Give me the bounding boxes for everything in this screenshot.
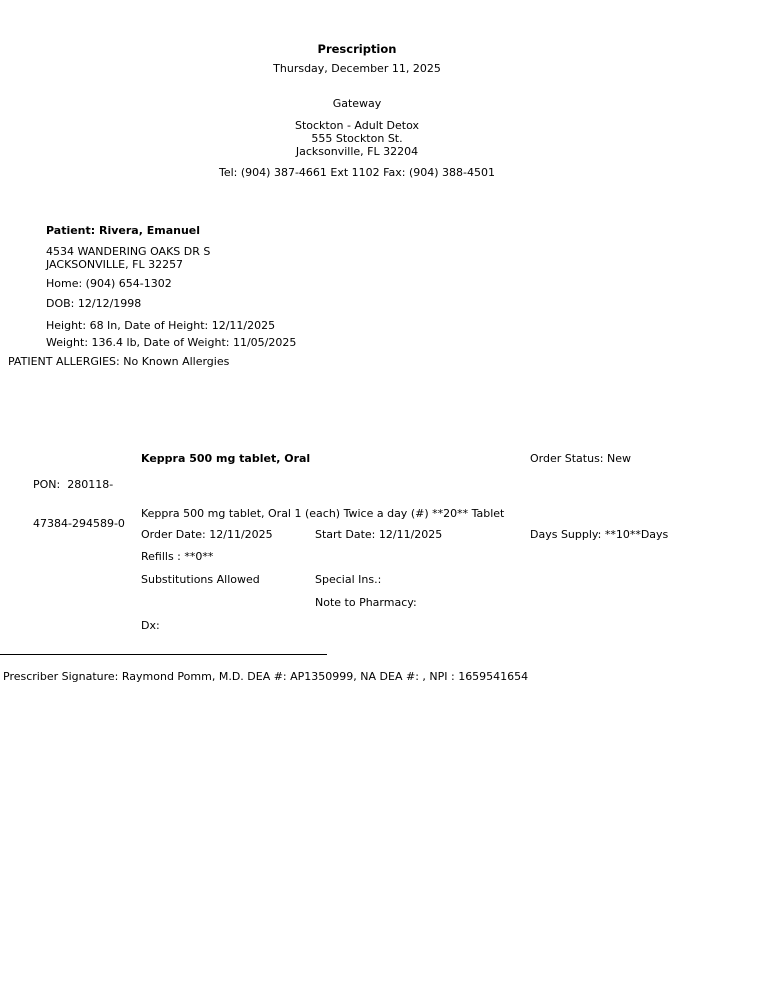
patient-height: Height: 68 In, Date of Height: 12/11/202… — [46, 317, 296, 334]
organization-name: Gateway — [0, 97, 714, 111]
pon-line2: 47384-294589-0 — [33, 517, 125, 530]
prescription-document: Prescription Thursday, December 11, 2025… — [0, 0, 768, 1008]
days-supply: Days Supply: **10**Days — [530, 528, 668, 542]
order-date: Order Date: 12/11/2025 — [141, 528, 273, 542]
signature-line — [0, 654, 327, 655]
facility-address-block: Stockton - Adult Detox 555 Stockton St. … — [0, 119, 714, 158]
sig-directions: Keppra 500 mg tablet, Oral 1 (each) Twic… — [141, 507, 504, 521]
pon-line1: PON: 280118- — [33, 478, 125, 491]
prescriber-signature-line: Prescriber Signature: Raymond Pomm, M.D.… — [3, 670, 528, 684]
prescription-order-number: PON: 280118- 47384-294589-0 — [33, 452, 125, 556]
special-instructions-label: Special Ins.: — [315, 573, 381, 587]
patient-info-section: Patient: Rivera, Emanuel 4534 WANDERING … — [46, 224, 296, 351]
patient-weight: Weight: 136.4 lb, Date of Weight: 11/05/… — [46, 334, 296, 351]
patient-allergies: PATIENT ALLERGIES: No Known Allergies — [8, 355, 229, 369]
facility-phone-fax: Tel: (904) 387-4661 Ext 1102 Fax: (904) … — [0, 166, 714, 180]
patient-dob: DOB: 12/12/1998 — [46, 297, 296, 311]
substitutions-allowed: Substitutions Allowed — [141, 573, 260, 587]
patient-address-line1: 4534 WANDERING OAKS DR S — [46, 245, 296, 258]
patient-name: Patient: Rivera, Emanuel — [46, 224, 296, 238]
facility-city-state-zip: Jacksonville, FL 32204 — [0, 145, 714, 158]
medication-order-section: PON: 280118- 47384-294589-0 Keppra 500 m… — [0, 452, 768, 654]
patient-home-phone: Home: (904) 654-1302 — [46, 277, 296, 291]
document-header: Prescription Thursday, December 11, 2025… — [0, 42, 714, 180]
dx-label: Dx: — [141, 619, 160, 633]
patient-vitals: Height: 68 In, Date of Height: 12/11/202… — [46, 317, 296, 351]
order-status: Order Status: New — [530, 452, 631, 466]
patient-address-line2: JACKSONVILLE, FL 32257 — [46, 258, 296, 271]
drug-name: Keppra 500 mg tablet, Oral — [141, 452, 310, 466]
refills: Refills : **0** — [141, 550, 213, 564]
start-date: Start Date: 12/11/2025 — [315, 528, 442, 542]
document-title: Prescription — [0, 42, 714, 56]
facility-street: 555 Stockton St. — [0, 132, 714, 145]
facility-name: Stockton - Adult Detox — [0, 119, 714, 132]
patient-address: 4534 WANDERING OAKS DR S JACKSONVILLE, F… — [46, 245, 296, 271]
document-date: Thursday, December 11, 2025 — [0, 62, 714, 76]
note-to-pharmacy-label: Note to Pharmacy: — [315, 596, 417, 610]
